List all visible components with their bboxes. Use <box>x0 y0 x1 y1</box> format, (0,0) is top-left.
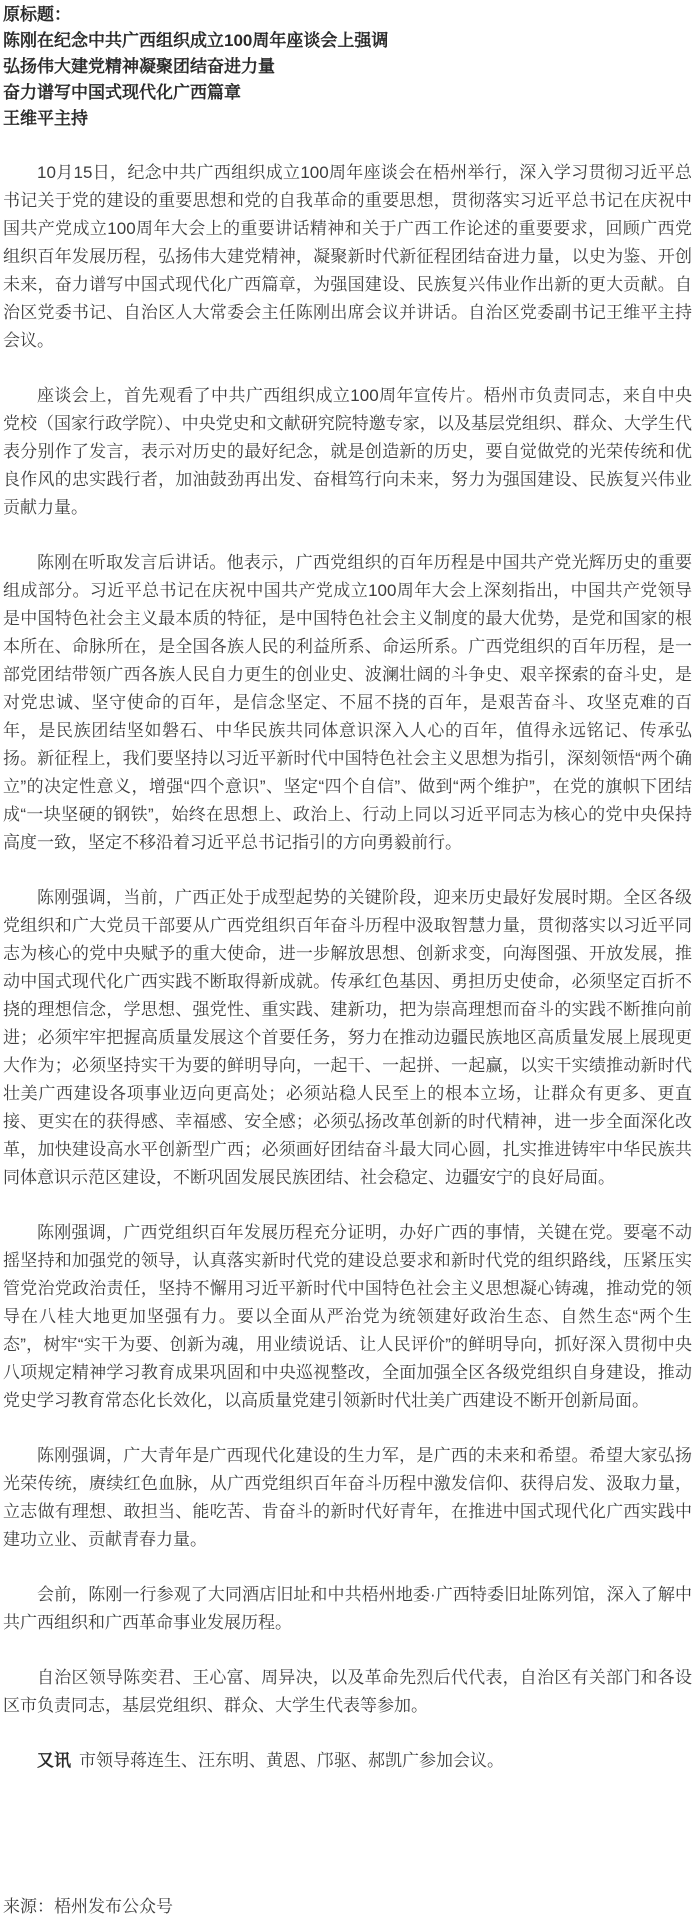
paragraph-attendees: 自治区领导陈奕君、王心富、周异决，以及革命先烈后代代表，自治区有关部门和各设区市… <box>3 1664 692 1720</box>
title-line-1: 陈刚在纪念中共广西组织成立100周年座谈会上强调 <box>3 28 692 54</box>
paragraph-chengang-remarks-history: 陈刚在听取发言后讲话。他表示，广西党组织的百年历程是中国共产党光辉历史的重要组成… <box>3 549 692 857</box>
original-title-label: 原标题： <box>3 2 692 28</box>
title-line-4: 王维平主持 <box>3 106 692 132</box>
article-body: 10月15日，纪念中共广西组织成立100周年座谈会在梧州举行，深入学习贯彻习近平… <box>3 159 692 1775</box>
paragraph-site-visit: 会前，陈刚一行参观了大同酒店旧址和中共梧州地委·广西特委旧址陈列馆，深入了解中共… <box>3 1581 692 1637</box>
extra-news-lead: 又讯 <box>37 1751 71 1770</box>
article-page: 原标题： 陈刚在纪念中共广西组织成立100周年座谈会上强调 弘扬伟大建党精神凝聚… <box>0 0 695 1921</box>
title-line-2: 弘扬伟大建党精神凝聚团结奋进力量 <box>3 54 692 80</box>
paragraph-chengang-emphasis-development: 陈刚强调，当前，广西正处于成型起势的关键阶段，迎来历史最好发展时期。全区各级党组… <box>3 884 692 1192</box>
paragraph-symposium-speeches: 座谈会上，首先观看了中共广西组织成立100周年宣传片。梧州市负责同志，来自中央党… <box>3 382 692 522</box>
paragraph-chengang-emphasis-youth: 陈刚强调，广大青年是广西现代化建设的生力军，是广西的未来和希望。希望大家弘扬光荣… <box>3 1442 692 1554</box>
paragraph-extra-news: 又讯市领导蒋连生、汪东明、黄恩、邝驱、郝凯广参加会议。 <box>3 1747 692 1775</box>
source-line: 来源：梧州发布公众号 <box>3 1897 173 1917</box>
title-line-3: 奋力谱写中国式现代化广西篇章 <box>3 80 692 106</box>
article-header: 原标题： 陈刚在纪念中共广西组织成立100周年座谈会上强调 弘扬伟大建党精神凝聚… <box>3 2 692 132</box>
article-footer: 来源：梧州发布公众号 <box>3 1897 173 1917</box>
extra-news-text: 市领导蒋连生、汪东明、黄恩、邝驱、郝凯广参加会议。 <box>79 1751 504 1770</box>
paragraph-chengang-emphasis-party-building: 陈刚强调，广西党组织百年发展历程充分证明，办好广西的事情，关键在党。要毫不动摇坚… <box>3 1219 692 1415</box>
paragraph-meeting-overview: 10月15日，纪念中共广西组织成立100周年座谈会在梧州举行，深入学习贯彻习近平… <box>3 159 692 355</box>
